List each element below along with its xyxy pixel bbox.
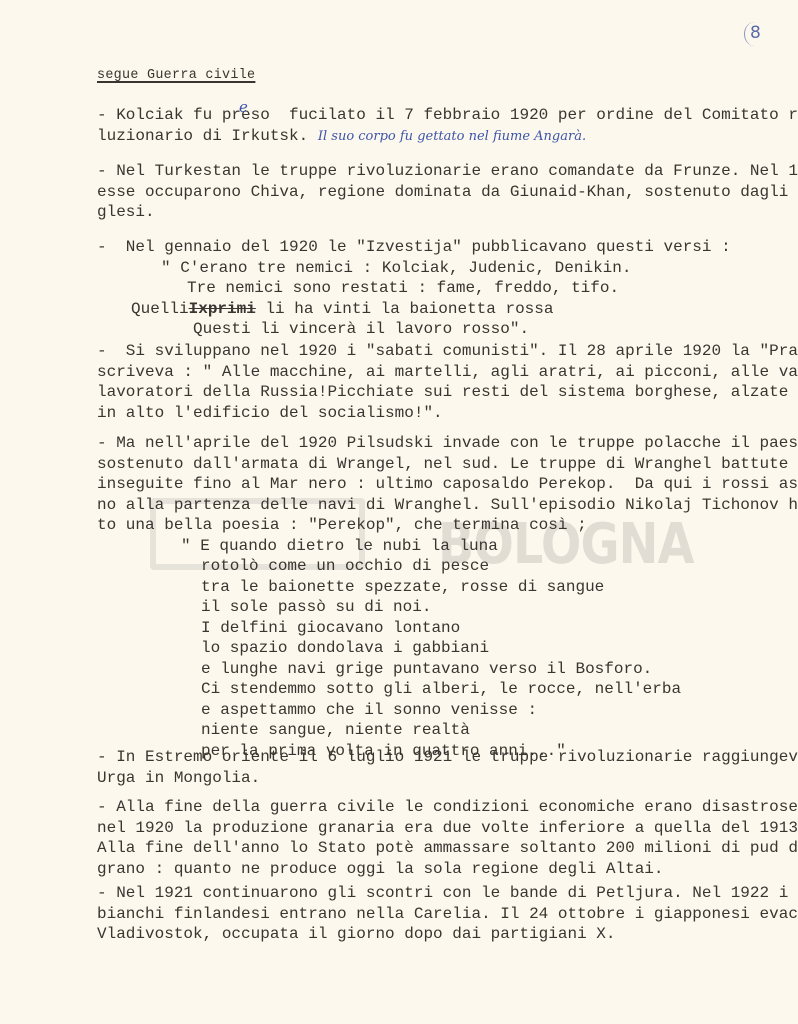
verse-line: lo spazio dondolava i gabbiani [97,639,798,660]
text-line: nel 1920 la produzione granaria era due … [97,819,798,840]
text-line: bianchi finlandesi entrano nella Carelia… [97,905,798,926]
text-line: - In Estremo oriente il 6 luglio 1921 le… [97,748,798,769]
text-line: glesi. [97,203,798,224]
verse-line: " E quando dietro le nubi la luna [97,537,798,558]
text-line: grano : quanto ne produce oggi la sola r… [97,860,798,881]
verse-line: Tre nemici sono restati : fame, freddo, … [97,279,731,300]
text-fragment: li ha vinti la baionetta rossa [265,300,553,318]
text-line: Urga in Mongolia. [97,769,798,790]
paragraph-sabati-comunisti: - Si sviluppano nel 1920 i "sabati comun… [97,342,798,424]
verse-line: I delfini giocavano lontano [97,619,798,640]
verse-line: " C'erano tre nemici : Kolciak, Judenic,… [97,259,731,280]
verse-line: il sole passò su di noi. [97,598,798,619]
text-line: inseguite fino al Mar nero : ultimo capo… [97,475,798,496]
paragraph-izvestija: - Nel gennaio del 1920 le "Izvestija" pu… [97,238,731,341]
text-line: lavoratori della Russia!Picchiate sui re… [97,383,798,404]
text-line: luzionario di Irkutsk. Il suo corpo fu g… [97,127,798,148]
text-fragment: luzionario di Irkutsk. [97,127,308,145]
paragraph-kolciak: - Kolciak fu preso fucilato il 7 febbrai… [97,106,798,147]
paragraph-pilsudski: - Ma nell'aprile del 1920 Pilsudski inva… [97,434,798,762]
text-line: - Alla fine della guerra civile le condi… [97,798,798,819]
handwritten-note: Il suo corpo fu gettato nel fiume Angarà… [318,129,586,144]
text-line: - Nel gennaio del 1920 le "Izvestija" pu… [97,238,731,259]
text-line: - Nel 1921 continuarono gli scontri con … [97,884,798,905]
text-line: in alto l'edificio del socialismo!". [97,404,798,425]
verse-line: e lunghe navi grige puntavano verso il B… [97,660,798,681]
text-line: - Nel Turkestan le truppe rivoluzionarie… [97,162,798,183]
verse-line: Ci stendemmo sotto gli alberi, le rocce,… [97,680,798,701]
page-heading: segue Guerra civile [97,68,255,83]
text-line: - Ma nell'aprile del 1920 Pilsudski inva… [97,434,798,455]
verse-line: rotolò come un occhio di pesce [97,557,798,578]
struck-word: Ixprimi [189,300,256,318]
handwritten-insert: e [239,98,248,116]
text-fragment: Quelli [131,300,189,318]
paragraph-petljura: - Nel 1921 continuarono gli scontri con … [97,884,798,946]
paragraph-condizioni-economiche: - Alla fine della guerra civile le condi… [97,798,798,880]
text-line: - Kolciak fu preso fucilato il 7 febbrai… [97,106,798,127]
text-line: Vladivostok, occupata il giorno dopo dai… [97,925,798,946]
text-line: no alla partenza delle navi di Wranghel.… [97,496,798,517]
text-line: sostenuto dall'armata di Wrangel, nel su… [97,455,798,476]
verse-line: tra le baionette spezzate, rosse di sang… [97,578,798,599]
paragraph-estremo-oriente: - In Estremo oriente il 6 luglio 1921 le… [97,748,798,789]
text-line: esse occuparono Chiva, regione dominata … [97,183,798,204]
text-line: Alla fine dell'anno lo Stato potè ammass… [97,839,798,860]
verse-line: e aspettammo che il sonno venisse : [97,701,798,722]
text-line: scriveva : " Alle macchine, ai martelli,… [97,363,798,384]
verse-line: niente sangue, niente realtà [97,721,798,742]
page-number: 8 [744,22,765,46]
verse-line: Questi li vincerà il lavoro rosso". [97,320,731,341]
paragraph-turkestan: - Nel Turkestan le truppe rivoluzionarie… [97,162,798,224]
text-line: - Si sviluppano nel 1920 i "sabati comun… [97,342,798,363]
verse-line: QuelliIxprimi li ha vinti la baionetta r… [97,300,731,321]
text-line: to una bella poesia : "Perekop", che ter… [97,516,798,537]
